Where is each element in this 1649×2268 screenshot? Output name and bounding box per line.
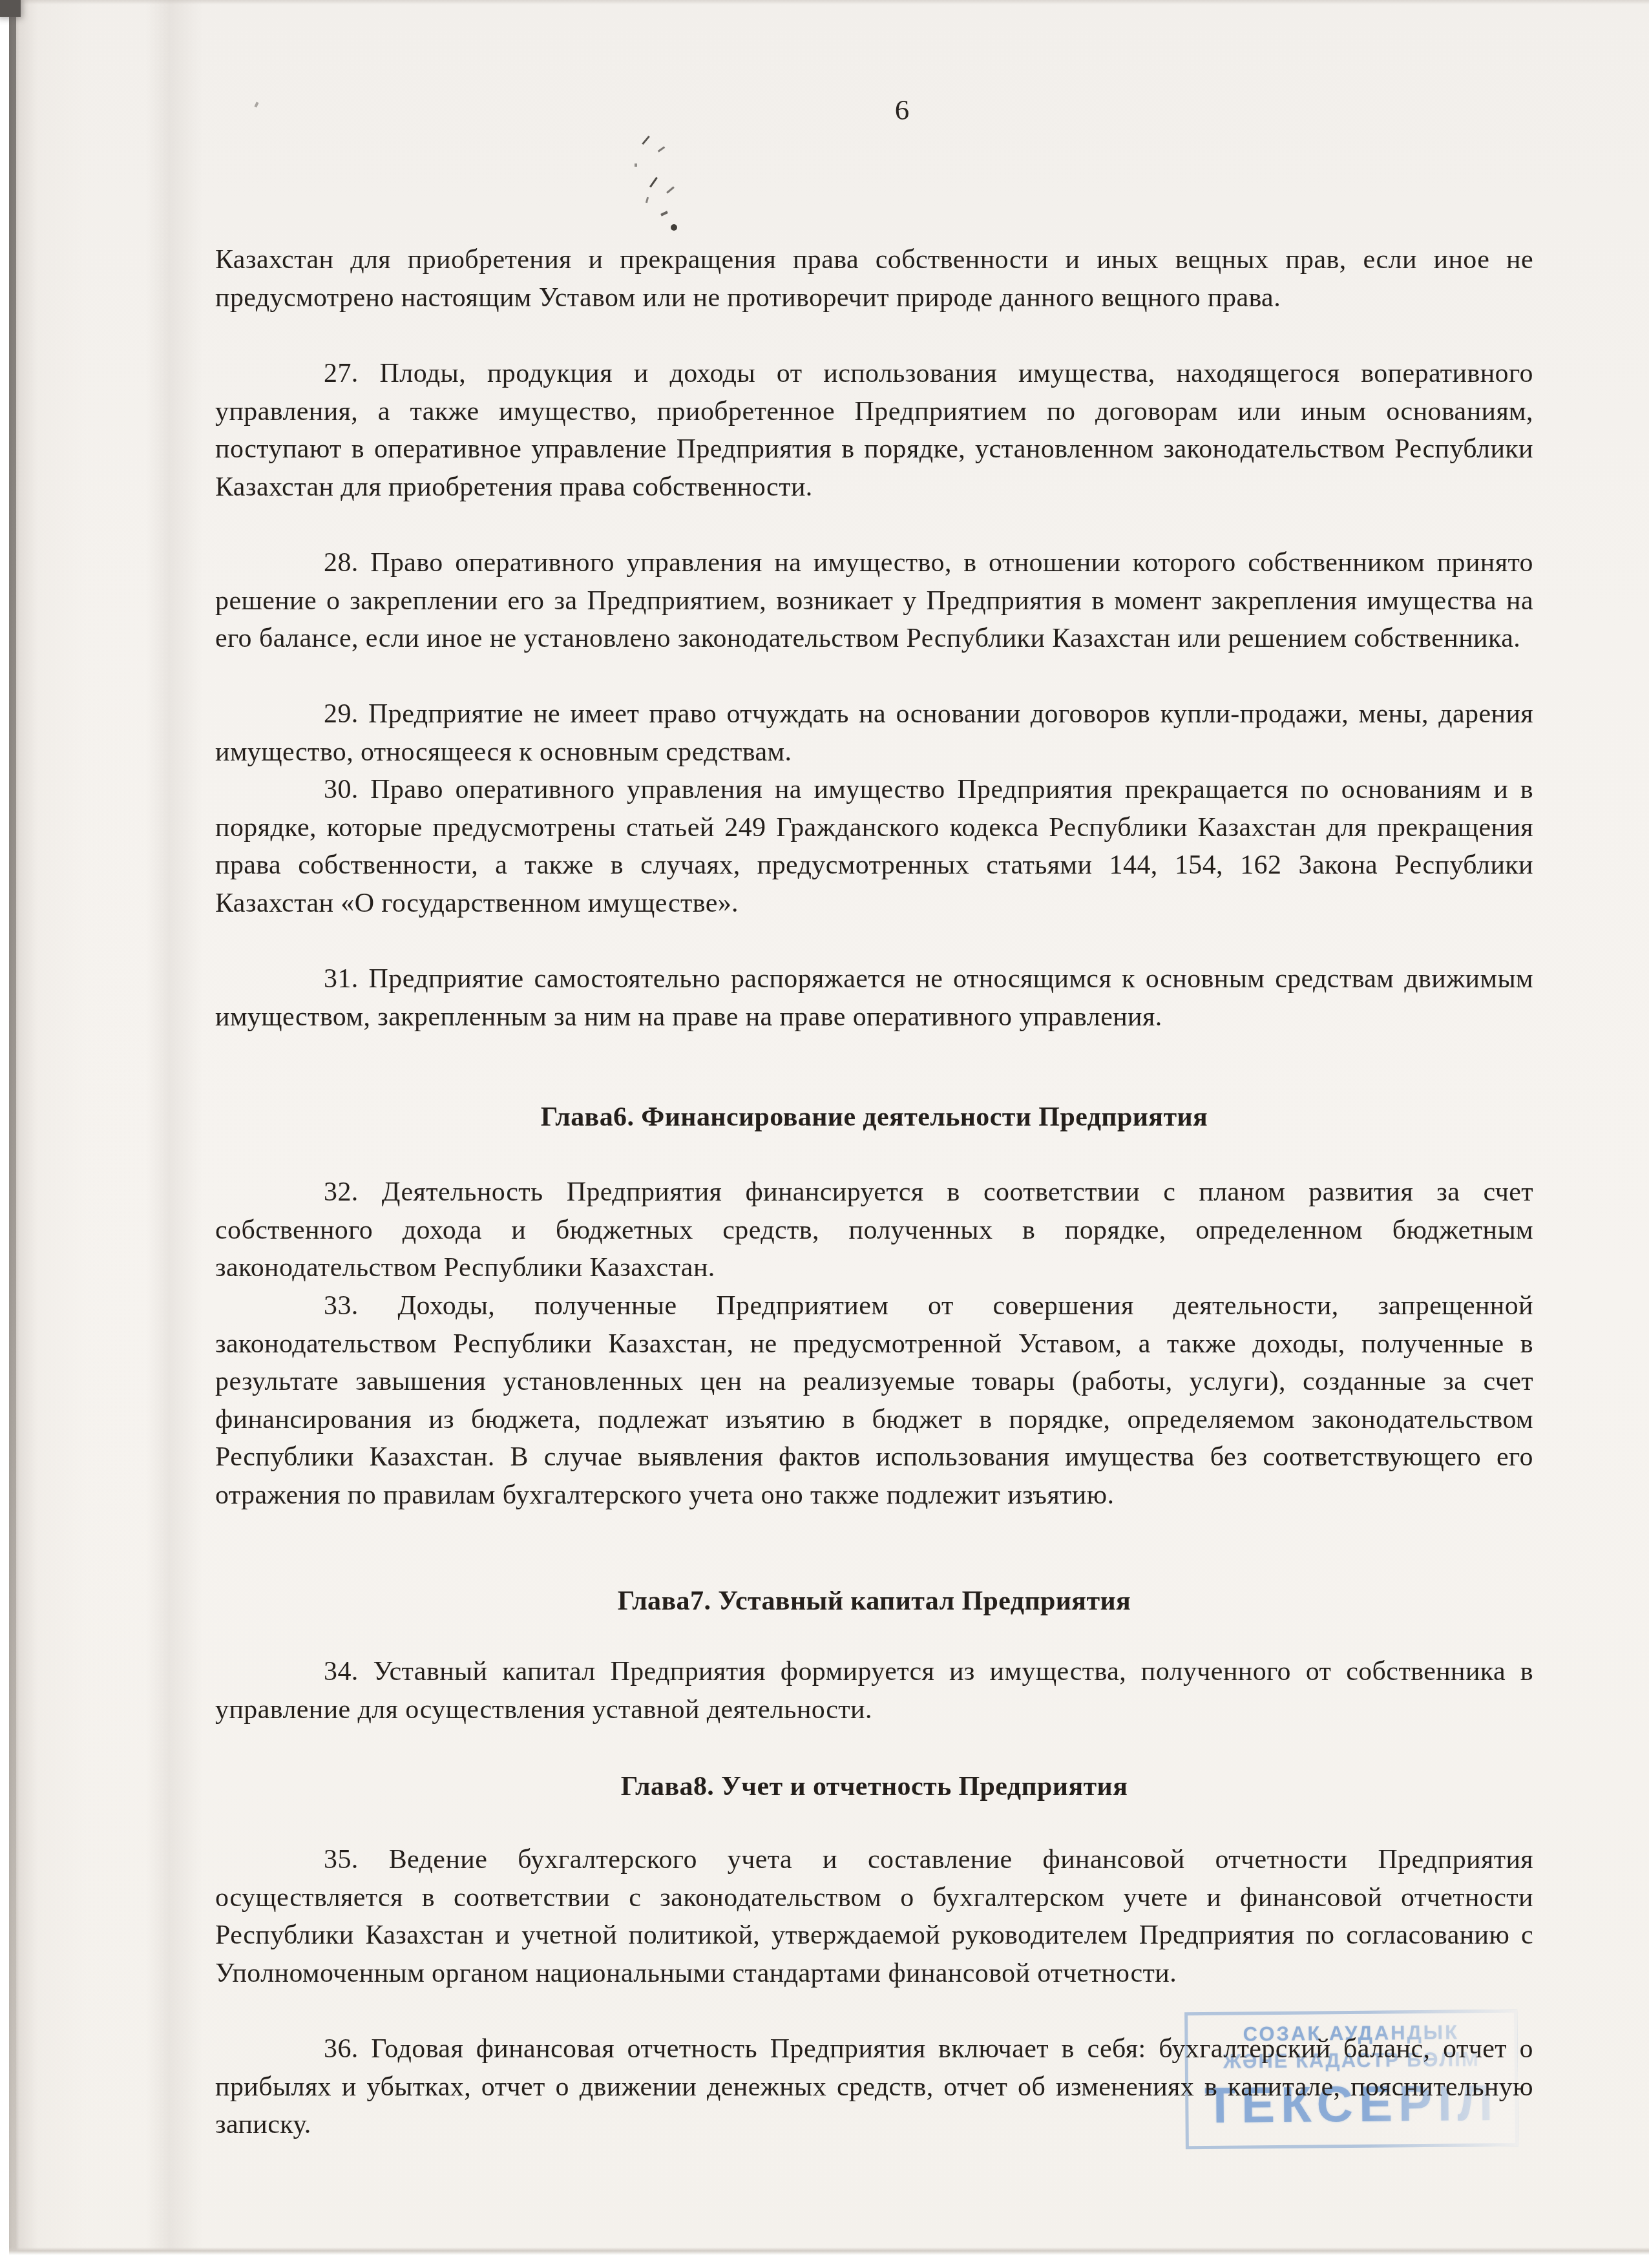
- paragraph-31: 31. Предприятие самостоятельно распоряжа…: [215, 960, 1533, 1036]
- paragraph-36: 36. Годовая финансовая отчетность Предпр…: [215, 2030, 1533, 2144]
- paragraph-27: 27. Плоды, продукция и доходы от использ…: [215, 355, 1533, 506]
- chapter-6-heading: Глава6. Финансирование деятельности Пред…: [215, 1098, 1533, 1137]
- chapter-8-heading: Глава8. Учет и отчетность Предприятия: [215, 1768, 1533, 1806]
- paragraph-29: 29. Предприятие не имеет право отчуждать…: [215, 695, 1533, 771]
- scan-corner-artifact: [0, 0, 21, 17]
- page-number: 6: [881, 93, 923, 127]
- paragraph-30: 30. Право оперативного управления на иму…: [215, 771, 1533, 922]
- paragraph-continuation: Казахстан для приобретения и прекращения…: [215, 241, 1533, 317]
- paragraph-33: 33. Доходы, полученные Предприятием от с…: [215, 1287, 1533, 1515]
- paragraph-28: 28. Право оперативного управления на иму…: [215, 544, 1533, 658]
- paper-top-shadow: [9, 0, 1649, 5]
- paragraph-35: 35. Ведение бухгалтерского учета и соста…: [215, 1841, 1533, 1992]
- chapter-7-heading: Глава7. Уставный капитал Предприятия: [215, 1582, 1533, 1621]
- paragraph-32: 32. Деятельность Предприятия финансирует…: [215, 1173, 1533, 1287]
- page-left-edge: [9, 0, 16, 2251]
- paragraph-34: 34. Уставный капитал Предприятия формиру…: [215, 1653, 1533, 1728]
- pencil-smudge: [627, 132, 704, 239]
- paper-bottom-edge: [9, 2247, 1649, 2255]
